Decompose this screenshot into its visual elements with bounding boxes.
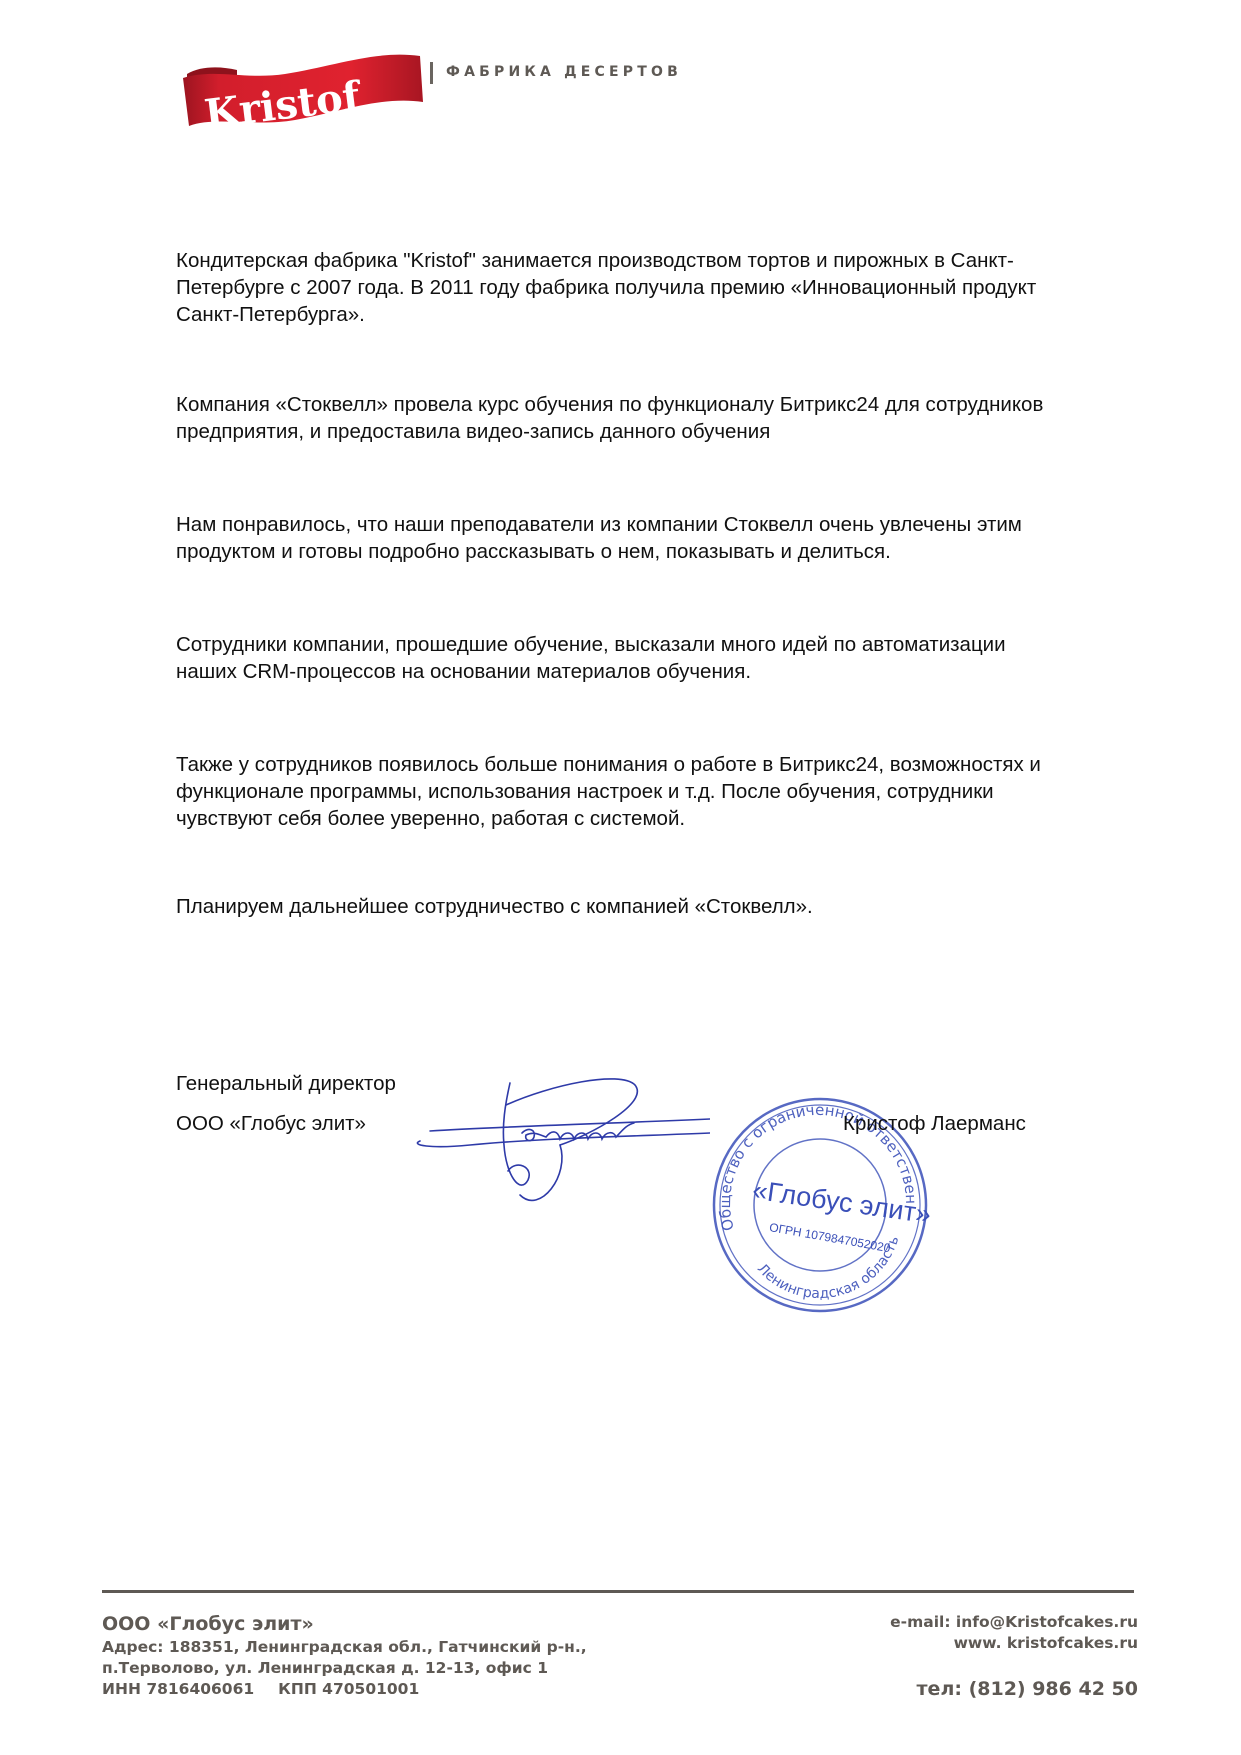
paragraph-understanding: Также у сотрудников появилось больше пон…: [176, 751, 1176, 832]
paragraph-future: Планируем дальнейшее сотрудничество с ко…: [176, 893, 1176, 920]
footer-email[interactable]: e-mail: info@Kristofcakes.ru: [890, 1612, 1138, 1633]
handwritten-signature: [410, 1075, 710, 1225]
paragraph-line: Санкт-Петербурга».: [176, 301, 1176, 328]
paragraph-line: функционале программы, использования нас…: [176, 778, 1176, 805]
paragraph-training: Компания «Стоквелл» провела курс обучени…: [176, 391, 1176, 445]
paragraph-line: Также у сотрудников появилось больше пон…: [176, 751, 1176, 778]
footer-inn: ИНН 7816406061: [102, 1680, 254, 1698]
footer-contacts: e-mail: info@Kristofcakes.ru www. kristo…: [890, 1612, 1138, 1701]
logo-ribbon-icon: Kristof: [175, 40, 430, 132]
paragraph-line: Кондитерская фабрика "Kristof" занимаетс…: [176, 247, 1176, 274]
svg-text:ОГРН 1079847052020: ОГРН 1079847052020: [768, 1220, 891, 1255]
kristof-logo: Kristof: [175, 40, 430, 132]
paragraph-line: Петербурге с 2007 года. В 2011 году фабр…: [176, 274, 1176, 301]
signer-position: Генеральный директор: [176, 1070, 396, 1097]
footer-tax-ids: ИНН 7816406061КПП 470501001: [102, 1679, 587, 1700]
footer-divider: [102, 1590, 1134, 1593]
footer-phone: тел: (812) 986 42 50: [890, 1677, 1138, 1701]
paragraph-line: Сотрудники компании, прошедшие обучение,…: [176, 631, 1176, 658]
paragraph-teachers: Нам понравилось, что наши преподаватели …: [176, 511, 1176, 565]
paragraph-intro: Кондитерская фабрика "Kristof" занимаетс…: [176, 247, 1176, 328]
signer-company: ООО «Глобус элит»: [176, 1110, 366, 1137]
signer-name: Кристоф Лаерманс: [843, 1110, 1026, 1137]
footer-kpp: КПП 470501001: [278, 1680, 419, 1698]
paragraph-line: чувствуют себя более уверенно, работая с…: [176, 805, 1176, 832]
footer-website[interactable]: www. kristofcakes.ru: [890, 1633, 1138, 1654]
footer-company-details: ООО «Глобус элит» Адрес: 188351, Ленингр…: [102, 1611, 587, 1700]
tagline: ФАБРИКА ДЕСЕРТОВ: [446, 64, 682, 80]
paragraph-line: предприятия, и предоставила видео-запись…: [176, 418, 1176, 445]
paragraph-line: наших CRM-процессов на основании материа…: [176, 658, 1176, 685]
paragraph-line: продуктом и готовы подробно рассказывать…: [176, 538, 1176, 565]
paragraph-line: Планируем дальнейшее сотрудничество с ко…: [176, 893, 1176, 920]
paragraph-line: Нам понравилось, что наши преподаватели …: [176, 511, 1176, 538]
signature-icon: [410, 1075, 710, 1225]
tagline-divider: [430, 62, 433, 84]
paragraph-line: Компания «Стоквелл» провела курс обучени…: [176, 391, 1176, 418]
paragraph-ideas: Сотрудники компании, прошедшие обучение,…: [176, 631, 1176, 685]
footer-address-line-1: Адрес: 188351, Ленинградская обл., Гатчи…: [102, 1637, 587, 1658]
footer-company-name: ООО «Глобус элит»: [102, 1611, 587, 1637]
footer-address-line-2: п.Терволово, ул. Ленинградская д. 12-13,…: [102, 1658, 587, 1679]
